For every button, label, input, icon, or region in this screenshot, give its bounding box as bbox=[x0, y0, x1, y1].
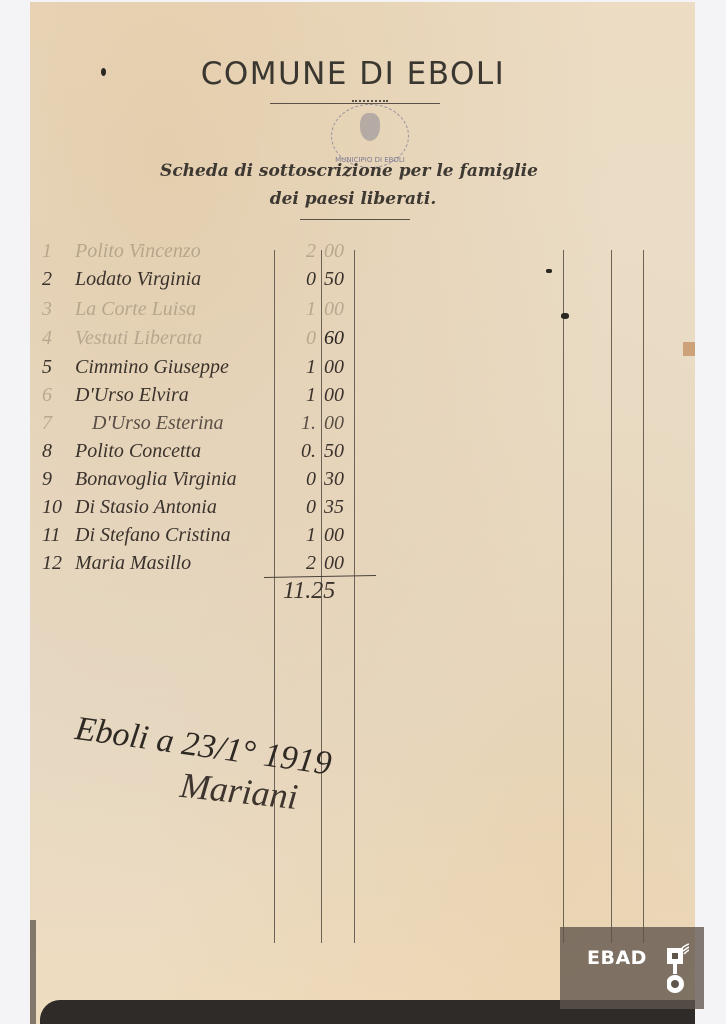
entry-cents: 60 bbox=[324, 327, 352, 350]
entry-cents: 35 bbox=[324, 496, 352, 519]
column-rule bbox=[274, 250, 275, 943]
entry-cents: 00 bbox=[324, 524, 352, 547]
entry-lire: 1 bbox=[278, 356, 316, 379]
entry-name: Polito Concetta bbox=[75, 440, 201, 463]
coat-of-arms-icon bbox=[360, 113, 380, 141]
entry-number: 1 bbox=[42, 240, 72, 263]
entry-cents: 00 bbox=[324, 552, 352, 575]
total-amount: 11.25 bbox=[283, 578, 335, 605]
entry-name: Maria Masillo bbox=[75, 552, 191, 575]
entry-name: Bonavoglia Virginia bbox=[75, 468, 237, 491]
entry-name: La Corte Luisa bbox=[75, 298, 196, 321]
entry-name: Cimmino Giuseppe bbox=[75, 356, 229, 379]
entry-lire: 1 bbox=[278, 384, 316, 407]
paper-stain bbox=[683, 342, 695, 356]
entry-cents: 00 bbox=[324, 298, 352, 321]
entry-number: 8 bbox=[42, 440, 72, 463]
watermark-label: EBAD bbox=[587, 947, 647, 969]
entry-number: 6 bbox=[42, 384, 72, 407]
municipal-stamp: MUNICIPIO DI EBOLI bbox=[331, 104, 409, 168]
entry-lire: 0 bbox=[278, 496, 316, 519]
ebad-logo-icon bbox=[667, 942, 689, 998]
subtitle-line-2: dei paesi liberati. bbox=[0, 189, 716, 209]
entry-name: D'Urso Esterina bbox=[92, 412, 224, 435]
column-rule bbox=[354, 250, 355, 943]
header-title: COMUNE DI EBOLI bbox=[0, 56, 716, 92]
entry-cents: 50 bbox=[324, 268, 352, 291]
ink-blot bbox=[546, 269, 552, 273]
entry-lire: 2 bbox=[278, 552, 316, 575]
entry-name: Di Stasio Antonia bbox=[75, 496, 217, 519]
entry-lire: 1 bbox=[278, 524, 316, 547]
entry-number: 5 bbox=[42, 356, 72, 379]
entry-cents: 50 bbox=[324, 440, 352, 463]
entry-cents: 00 bbox=[324, 240, 352, 263]
column-rule bbox=[611, 250, 612, 943]
entry-lire: 0 bbox=[278, 327, 316, 350]
column-rule bbox=[643, 250, 644, 943]
entry-lire: 1 bbox=[278, 298, 316, 321]
entry-number: 2 bbox=[42, 268, 72, 291]
entry-lire: 0 bbox=[278, 268, 316, 291]
entry-number: 10 bbox=[42, 496, 72, 519]
entry-number: 3 bbox=[42, 298, 72, 321]
ink-blot bbox=[561, 313, 569, 319]
subtitle-line-1: Scheda di sottoscrizione per le famiglie bbox=[0, 161, 712, 181]
entry-cents: 30 bbox=[324, 468, 352, 491]
column-rule bbox=[563, 250, 564, 943]
entry-number: 9 bbox=[42, 468, 72, 491]
entry-cents: 00 bbox=[324, 412, 352, 435]
entry-number: 12 bbox=[42, 552, 72, 575]
entry-name: Di Stefano Cristina bbox=[75, 524, 231, 547]
archive-watermark: EBAD bbox=[560, 927, 704, 1009]
entry-lire: 0 bbox=[278, 468, 316, 491]
entry-name: Vestuti Liberata bbox=[75, 327, 202, 350]
entry-lire: 0. bbox=[278, 440, 316, 463]
entry-name: Lodato Virginia bbox=[75, 268, 201, 291]
entry-lire: 2 bbox=[278, 240, 316, 263]
subtitle-divider bbox=[300, 219, 410, 220]
entry-lire: 1. bbox=[278, 412, 316, 435]
entry-number: 4 bbox=[42, 327, 72, 350]
entry-cents: 00 bbox=[324, 384, 352, 407]
entry-cents: 00 bbox=[324, 356, 352, 379]
entry-number: 11 bbox=[42, 524, 72, 547]
entry-name: Polito Vincenzo bbox=[75, 240, 201, 263]
entry-name: D'Urso Elvira bbox=[75, 384, 189, 407]
page-edge-shadow bbox=[30, 920, 36, 1024]
entry-number: 7 bbox=[42, 412, 72, 435]
